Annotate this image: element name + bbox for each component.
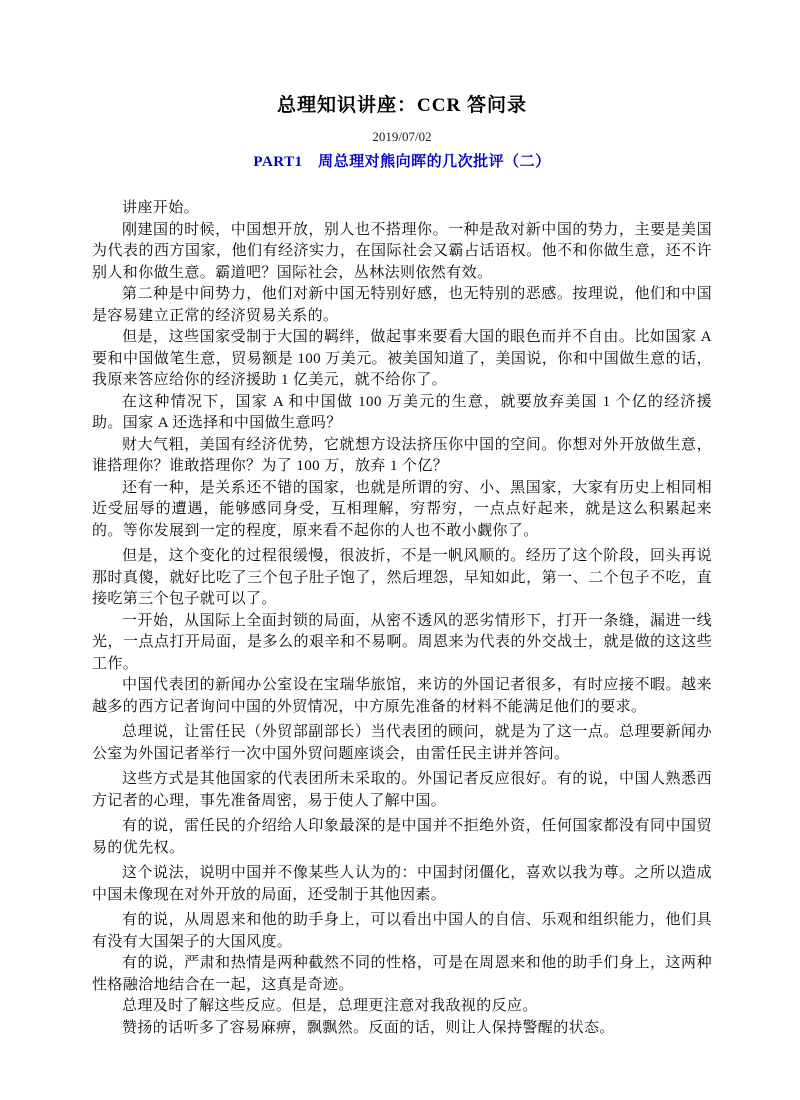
- paragraph: 在这种情况下，国家 A 和中国做 100 万美元的生意，就要放弃美国 1 个亿的…: [92, 392, 712, 435]
- paragraph: 有的说，从周恩来和他的助手身上，可以看出中国人的自信、乐观和组织能力，他们具有没…: [92, 910, 712, 953]
- document-content: 总理知识讲座：CCR 答问录 2019/07/02 PART1 周总理对熊向晖的…: [0, 0, 800, 1039]
- paragraph: 刚建国的时候，中国想开放，别人也不搭理你。一种是敌对新中国的势力，主要是美国为代…: [92, 220, 712, 285]
- paragraph: 但是，这些国家受制于大国的羁绊，做起事来要看大国的眼色而并不自由。比如国家 A …: [92, 327, 712, 392]
- paragraph: 这些方式是其他国家的代表团所未采取的。外国记者反应很好。有的说，中国人熟悉西方记…: [92, 769, 712, 812]
- paragraph: 但是，这个变化的过程很缓慢，很波折，不是一帆风顺的。经历了这个阶段，回头再说那时…: [92, 546, 712, 611]
- paragraph: 讲座开始。: [92, 198, 712, 220]
- paragraph: 有的说，严肃和热情是两种截然不同的性格，可是在周恩来和他的助手们身上，这两种性格…: [92, 953, 712, 996]
- paragraph: 一开始，从国际上全面封锁的局面，从密不透风的恶劣情形下，打开一条缝，漏进一线光，…: [92, 611, 712, 676]
- paragraph: 第二种是中间势力，他们对新中国无特别好感，也无特别的恶感。按理说，他们和中国是容…: [92, 284, 712, 327]
- paragraph: 总理及时了解这些反应。但是，总理更注意对我敌视的反应。: [92, 996, 712, 1018]
- page-title: 总理知识讲座：CCR 答问录: [92, 90, 712, 117]
- section-heading: PART1 周总理对熊向晖的几次批评（二）: [92, 150, 712, 171]
- paragraph: 有的说，雷任民的介绍给人印象最深的是中国并不拒绝外资，任何国家都没有同中国贸易的…: [92, 816, 712, 859]
- document-page: 总理知识讲座：CCR 答问录 2019/07/02 PART1 周总理对熊向晖的…: [0, 0, 800, 1100]
- document-body: 讲座开始。 刚建国的时候，中国想开放，别人也不搭理你。一种是敌对新中国的势力，主…: [92, 198, 712, 1039]
- paragraph: 还有一种，是关系还不错的国家，也就是所谓的穷、小、黑国家，大家有历史上相同相近受…: [92, 478, 712, 543]
- document-date: 2019/07/02: [92, 129, 712, 145]
- paragraph: 赞扬的话听多了容易麻痹，飘飘然。反面的话，则让人保持警醒的状态。: [92, 1018, 712, 1040]
- paragraph: 中国代表团的新闻办公室设在宝瑞华旅馆，来访的外国记者很多，有时应接不暇。越来越多…: [92, 675, 712, 718]
- paragraph: 这个说法，说明中国并不像某些人认为的：中国封闭僵化，喜欢以我为尊。之所以造成中国…: [92, 863, 712, 906]
- paragraph: 财大气粗，美国有经济优势，它就想方设法挤压你中国的空间。你想对外开放做生意，谁搭…: [92, 435, 712, 478]
- paragraph: 总理说，让雷任民（外贸部副部长）当代表团的顾问，就是为了这一点。总理要新闻办公室…: [92, 722, 712, 765]
